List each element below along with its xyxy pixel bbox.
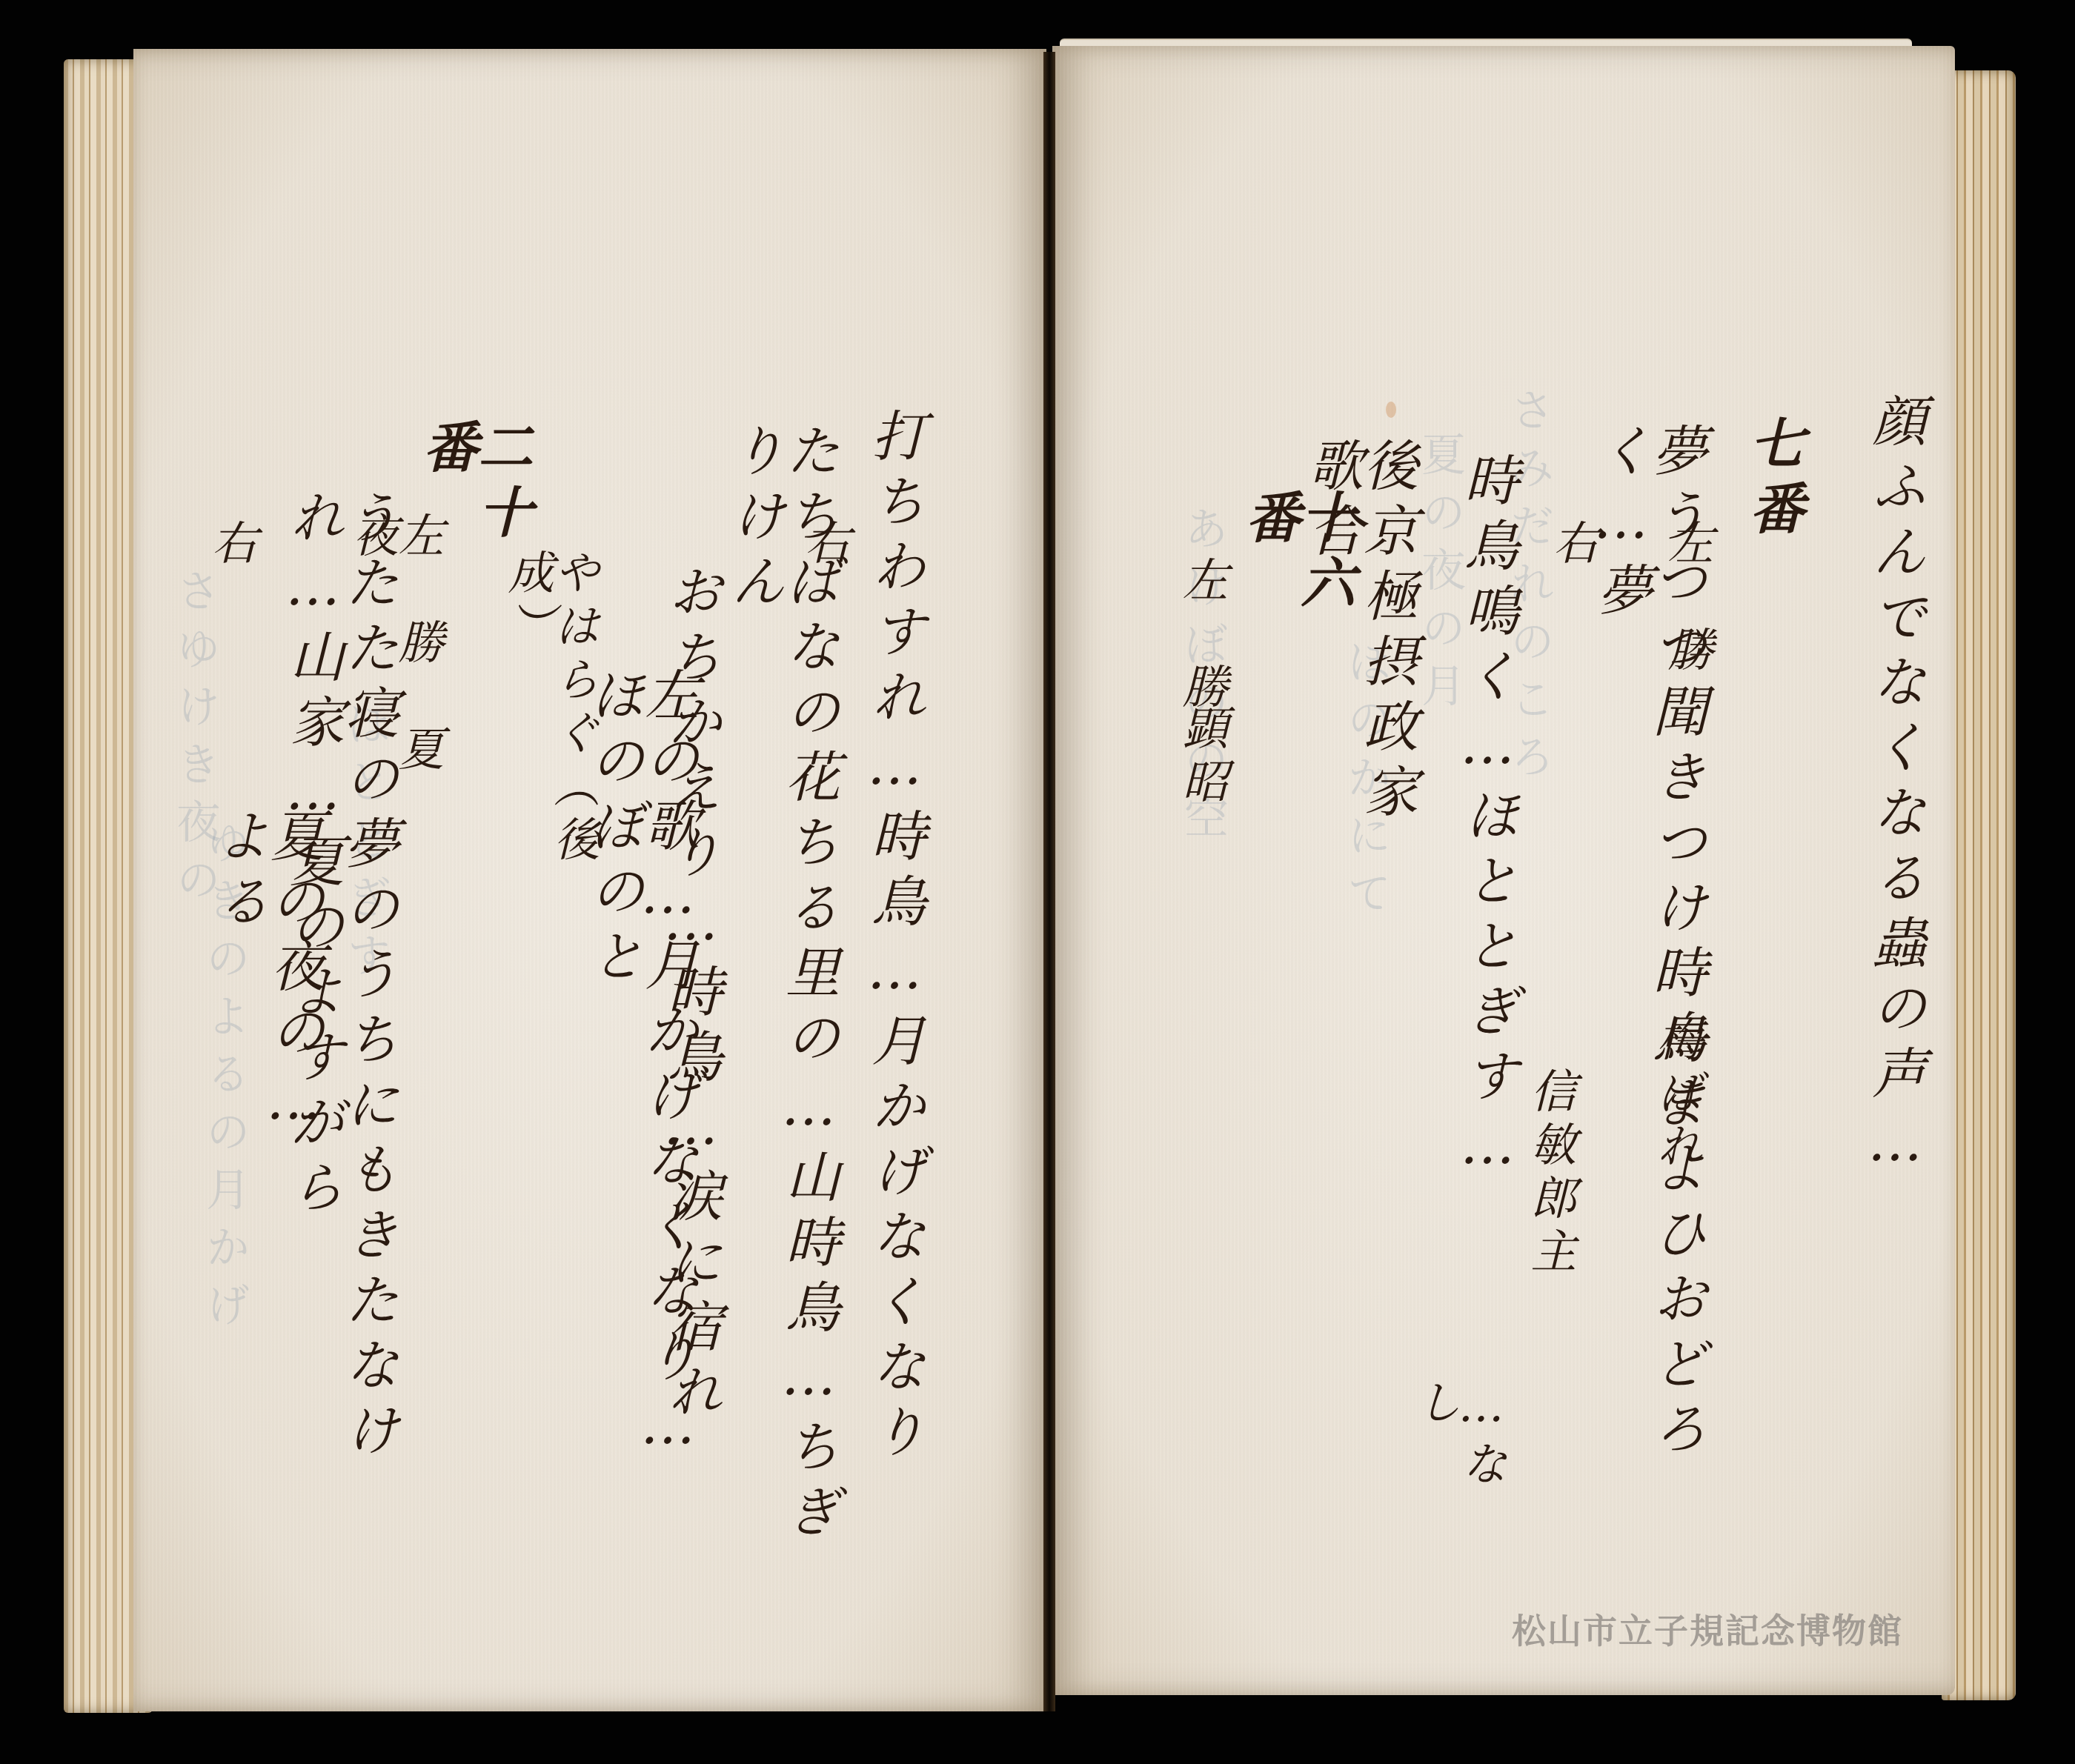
round-heading: 七番 [1745, 415, 1800, 548]
side-label: 右 [207, 519, 253, 593]
verse-column: 顔ふんでなくなる蟲の声… [1867, 393, 1922, 1519]
author-name: 顕昭 [1178, 704, 1224, 852]
ink-stain [1386, 402, 1396, 418]
museum-watermark: 松山市立子規記念博物館 [1512, 1604, 1903, 1653]
verse-column: 夢うつつ聞きつけ時鳥まよひおどろく…夢 [1593, 422, 1703, 1519]
verse-column: 夏の夜の…よる [211, 808, 321, 1178]
book-gutter [1043, 52, 1055, 1711]
verse-column: たちばなの花ちる里の…山時鳥…ちぎりけん [726, 422, 836, 1548]
verse-column: 時鳥鳴く…ほととぎす… [1460, 452, 1515, 1311]
verse-column: 打ちわすれ…時鳥…月かげなくなり [867, 407, 922, 1563]
side-label: 右 [1549, 519, 1595, 608]
author-name: 梅ばれ [1653, 1015, 1699, 1222]
verse-column: 左の歌…月かげなくなり…ほのぼのと [585, 667, 695, 1519]
round-heading: 十六番 [1241, 489, 1351, 652]
author-name: 信敏郎主 [1527, 1067, 1573, 1311]
note: …なし [1412, 1378, 1504, 1541]
note: やはらぐ（後成） [504, 548, 596, 904]
photo-background: ゆきのよるの月かげ さゆけき夜の ほととぎす さみだれのころ 夏の夜の月 ほのか… [0, 0, 2075, 1764]
